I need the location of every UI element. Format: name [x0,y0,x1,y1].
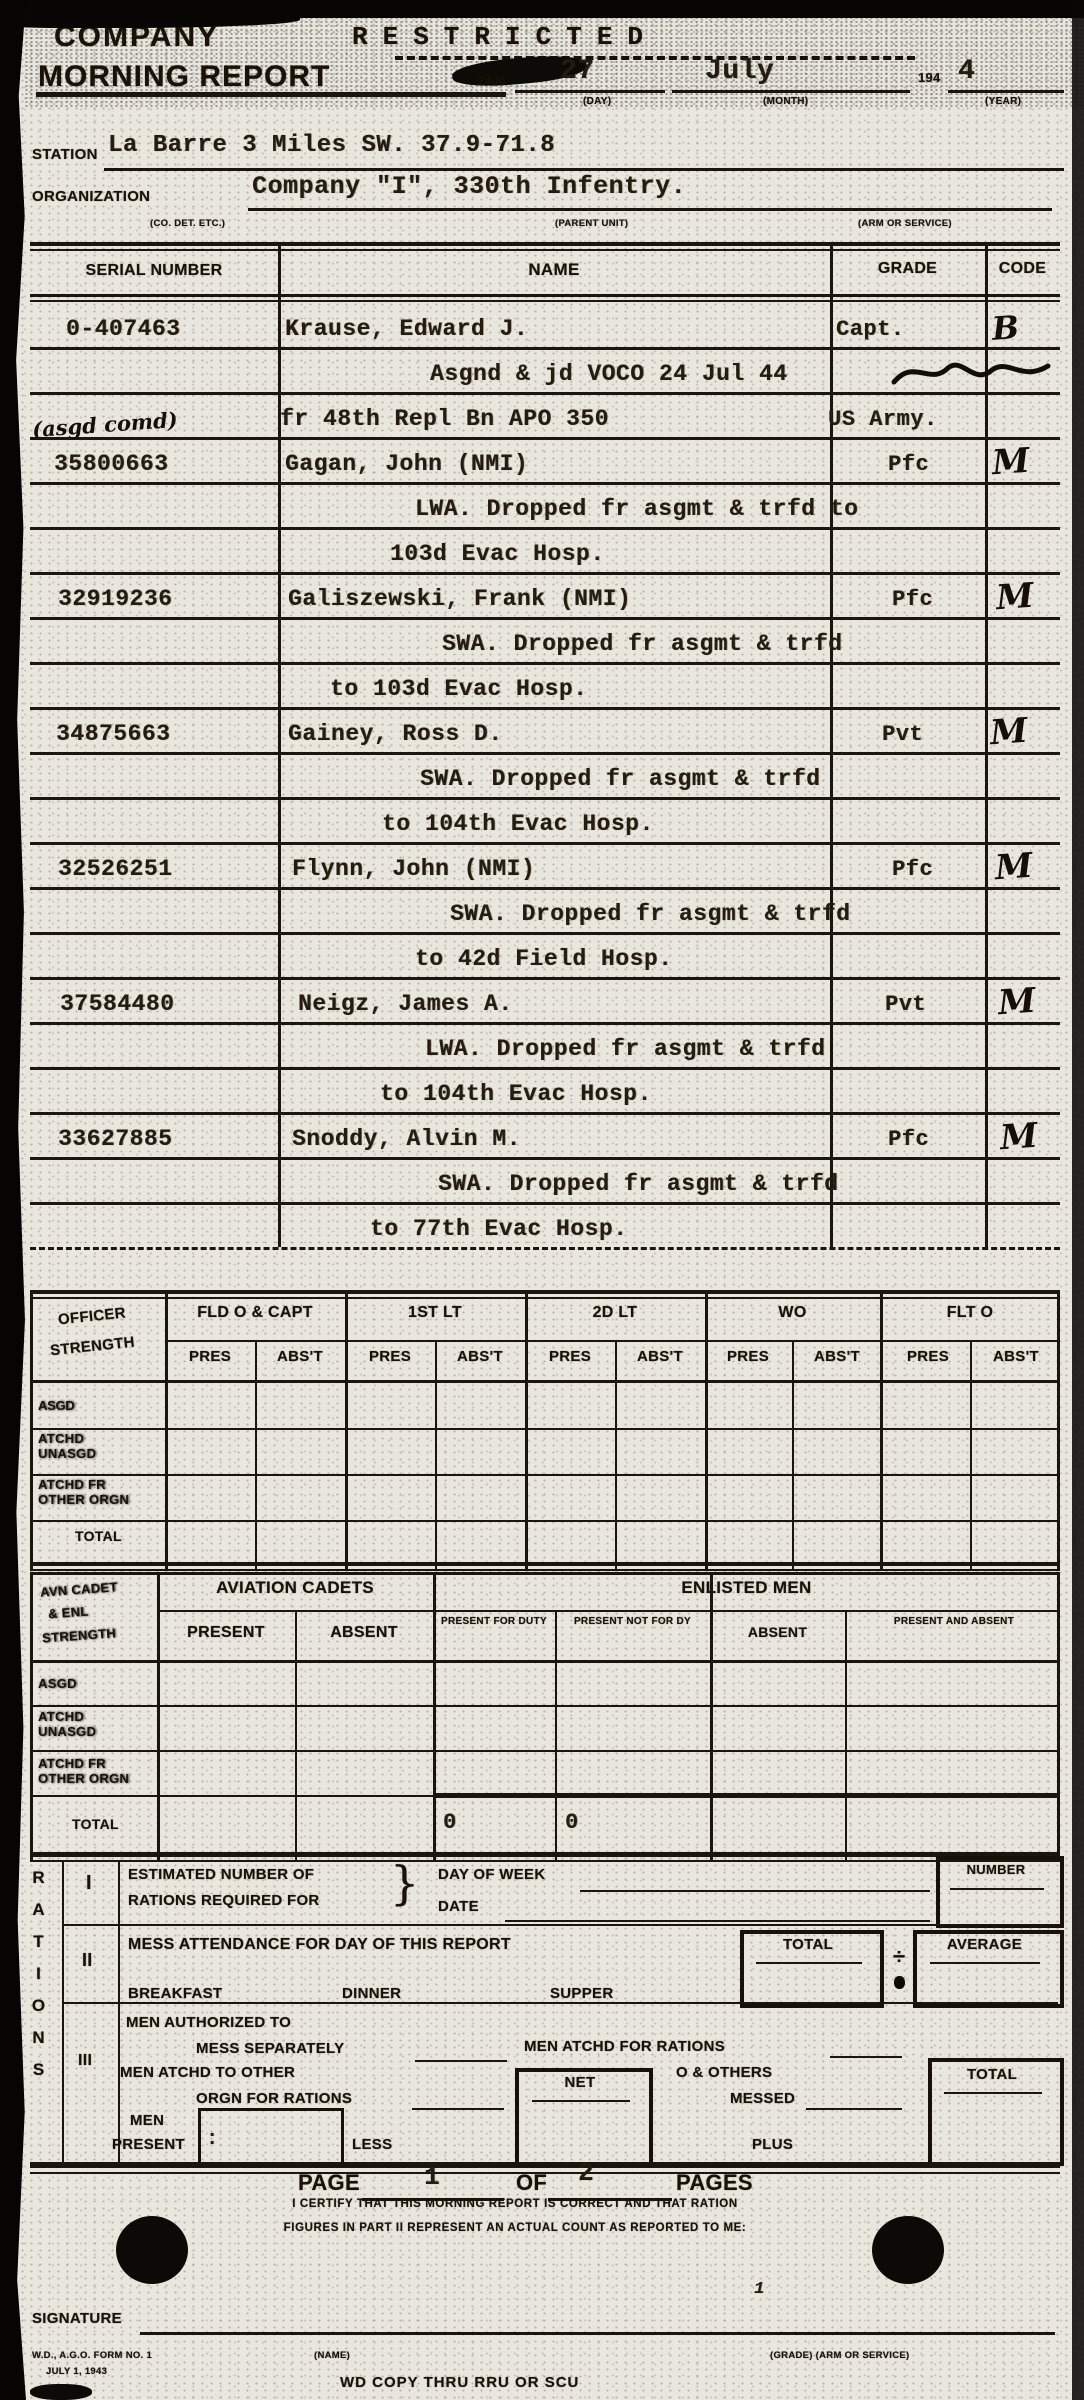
officer-group-rule [165,1340,1060,1342]
officer-top-rule2 [30,1297,1060,1299]
less-label: LESS [352,2136,392,2153]
cadet-row-atchd-unasgd: ATCHD UNASGD [38,1710,138,1739]
supper-label: SUPPER [550,1985,614,2002]
officer-group-flt-o: FLT O [880,1304,1060,1322]
cadet-col-present: PRESENT [157,1624,295,1642]
code-cell-handwritten: B [991,308,1021,348]
pres-head: PRES [350,1348,430,1365]
scan-blob-bottom-left [30,2384,92,2400]
roster-row: LWA. Dropped fr asgmt & trfd to [30,482,1060,530]
enl-col-absent: ABSENT [710,1624,845,1640]
officer-row-rule [30,1520,1060,1522]
day-line [515,90,665,93]
name-cell: Gainey, Ross D. [288,721,503,747]
name-cell: 103d Evac Hosp. [390,541,605,567]
code-cell-handwritten: M [989,711,1029,754]
name-cell: to 104th Evac Hosp. [380,1081,652,1107]
year-line [948,90,1064,93]
group-aviation-cadets: AVIATION CADETS [157,1578,433,1598]
cadet-vline [1057,1572,1060,1862]
cadet-title-line3: STRENGTH [42,1625,117,1645]
form-number: W.D., A.G.O. FORM NO. 1 [32,2350,152,2361]
serial-cell: 32919236 [58,586,172,612]
officer-title-line1: OFFICER [57,1304,126,1328]
officer-group-fldo-capt: FLD O & CAPT [165,1304,345,1322]
bottom-total-inner-line [944,2092,1042,2094]
breakfast-label: BREAKFAST [128,1985,222,2002]
brace: } [390,1856,420,1910]
name-cell: Gagan, John (NMI) [285,451,528,477]
men-label: MEN [130,2112,164,2129]
page-number: 1 [424,2162,440,2192]
roster-row: SWA. Dropped fr asgmt & trfd [30,752,1060,800]
grade-cell: Pfc [892,857,933,882]
day-of-week-line [580,1890,930,1892]
pages-number: 2 [578,2158,594,2188]
serial-cell: 33627885 [58,1126,172,1152]
net-label: NET [519,2074,641,2091]
men-atchd-other-line2: ORGN FOR RATIONS [196,2090,352,2107]
rations-vline [62,1862,64,2164]
code-cell-handwritten: M [995,576,1035,619]
month-value: July [705,56,774,87]
o-others-line1: O & OTHERS [676,2064,772,2081]
cadet-bottom-rule2 [30,1860,1060,1862]
estimated-rations-line1: ESTIMATED NUMBER OF [128,1866,314,1883]
roster-row: to 103d Evac Hosp. [30,662,1060,710]
station-label: STATION [32,146,98,163]
pres-head: PRES [708,1348,788,1365]
form-title-line2: MORNING REPORT [38,60,330,94]
day-value: 27 [560,56,595,87]
roster-row: 0-407463 Krause, Edward J. Capt. B [30,302,1060,350]
cadet-group-rule [157,1610,1060,1612]
roster-row: SWA. Dropped fr asgmt & trfd [30,1157,1060,1205]
organization-line [248,208,1052,211]
morning-report-scan: COMPANY MORNING REPORT RESTRICTED 2400 2… [0,0,1084,2400]
colon-mark: : [206,2128,219,2151]
station-line [104,168,1064,171]
day-of-week-label: DAY OF WEEK [438,1866,546,1883]
roster-row: SWA. Dropped fr asgmt & trfd [30,617,1060,665]
o-others-line2: MESSED [730,2090,795,2107]
total-present-for-duty: 0 [443,1810,457,1835]
cadet-col-absent: ABSENT [295,1624,433,1642]
officer-group-wo: WO [705,1304,880,1322]
name-cell: Asgnd & jd VOCO 24 Jul 44 [430,361,788,387]
officer-vline [1057,1290,1060,1571]
month-line [672,90,910,93]
roster-row: Asgnd & jd VOCO 24 Jul 44 [30,347,1060,395]
year-prefix: 194 [918,70,941,85]
officer-top-rule [30,1290,1060,1294]
men-authorized-line1: MEN AUTHORIZED TO [126,2014,291,2031]
stray-mark: 1 [754,2280,765,2299]
men-present-box [198,2108,344,2166]
roster-row: (asgd comd) fr 48th Repl Bn APO 350 US A… [30,392,1060,440]
signature-label: SIGNATURE [32,2310,122,2327]
officer-row-atchd-unasgd: ATCHD UNASGD [38,1432,138,1461]
cadet-title-line1: AVN CADET [40,1579,118,1599]
code-cell-handwritten: M [991,441,1031,484]
enl-col-present-not-for-dy: PRESENT NOT FOR DY [559,1616,706,1627]
signature-line [140,2332,1055,2335]
cadet-vline [555,1610,557,1862]
code-cell-handwritten: M [997,981,1037,1024]
officer-vline [30,1290,33,1571]
officer-subvline [255,1342,257,1571]
mess-separately-line [415,2060,507,2062]
serial-cell: 32526251 [58,856,172,882]
abst-head: ABS'T [797,1348,877,1365]
parent-unit-sublabel: (PARENT UNIT) [555,218,628,229]
name-cell: SWA. Dropped fr asgmt & trfd [420,766,820,792]
officer-title-line2: STRENGTH [49,1334,135,1360]
hole-punch-left [116,2216,188,2284]
cadet-vline [845,1610,847,1862]
col-serial-number: SERIAL NUMBER [30,262,278,280]
officer-subvline [615,1342,617,1571]
mess-total-label: TOTAL [744,1936,872,1953]
rations-vertical-label: RATIONS [28,1868,48,2168]
hole-punch-right [872,2216,944,2284]
officer-subvline [970,1342,972,1571]
dinner-label: DINNER [342,1985,401,2002]
roster-row: SWA. Dropped fr asgmt & trfd [30,887,1060,935]
of-label: OF [516,2170,547,2196]
rations-section2-num: II [82,1950,93,1971]
men-atchd-for-rations-label: MEN ATCHD FOR RATIONS [524,2038,725,2055]
cadet-vline [295,1610,297,1862]
group-enlisted-men: ENLISTED MEN [433,1578,1060,1598]
grade-cell: Pfc [888,452,929,477]
code-cell-handwritten: M [999,1116,1039,1159]
pres-head: PRES [888,1348,968,1365]
divide-symbol: ÷ [893,1944,905,1970]
roster-row: to 104th Evac Hosp. [30,1067,1060,1115]
name-cell: SWA. Dropped fr asgmt & trfd [438,1171,838,1197]
wd-copy-line: WD COPY THRU RRU OR SCU [340,2374,579,2391]
roster-row: LWA. Dropped fr asgmt & trfd [30,1022,1060,1070]
officer-subvline [792,1342,794,1571]
rations-bottom-rule [30,2162,1060,2168]
organization-value: Company "I", 330th Infentry. [252,172,686,201]
name-cell: fr 48th Repl Bn APO 350 [280,406,609,432]
roster-row: to 42d Field Hosp. [30,932,1060,980]
name-cell: Galiszewski, Frank (NMI) [288,586,631,612]
name-cell: LWA. Dropped fr asgmt & trfd to [415,496,858,522]
enl-col-present-for-duty: PRESENT FOR DUTY [437,1616,551,1627]
cadet-row-rule [30,1705,1060,1707]
name-cell: to 104th Evac Hosp. [382,811,654,837]
officer-row-total: TOTAL [75,1528,122,1544]
scan-edge-left [0,0,26,2400]
scan-edge-right [1072,0,1084,2400]
men-atchd-other-line1: MEN ATCHD TO OTHER [120,2064,295,2081]
estimated-rations-line2: RATIONS REQUIRED FOR [128,1892,320,1909]
cadet-top-rule [30,1572,1060,1575]
grade-cell: US Army. [828,407,938,432]
cadet-vline [30,1572,33,1862]
average-label: AVERAGE [917,1936,1052,1953]
officer-vline [525,1290,528,1571]
roster-row: to 104th Evac Hosp. [30,797,1060,845]
classification-underline [395,52,915,60]
pres-head: PRES [530,1348,610,1365]
col-code: CODE [985,260,1060,278]
title-underline [36,92,506,97]
grade-cell: Capt. [836,317,905,342]
orgn-for-rations-line [412,2108,504,2110]
rations-section1-num: I [86,1872,92,1895]
officer-row-rule [30,1428,1060,1430]
enl-col-present-and-absent: PRESENT AND ABSENT [869,1616,1039,1627]
roster-row: 37584480 Neigz, James A. Pvt M [30,977,1060,1025]
date-line [505,1920,930,1922]
number-label: NUMBER [940,1862,1052,1877]
cadet-row-rule [30,1750,1060,1752]
bottom-total-label: TOTAL [932,2066,1052,2083]
total-present-not-for-duty: 0 [565,1810,579,1835]
name-cell: SWA. Dropped fr asgmt & trfd [442,631,842,657]
roster-head-rule [30,294,1060,297]
name-cell: to 42d Field Hosp. [415,946,672,972]
pres-head: PRES [170,1348,250,1365]
name-sublabel: (NAME) [314,2350,350,2361]
serial-cell: 0-407463 [66,316,180,342]
mess-total-inner-line [756,1962,862,1964]
officer-row-rule [30,1474,1060,1476]
enl-total-rule [433,1793,1060,1798]
cadet-row-asgd: ASGD [38,1676,77,1691]
organization-label: ORGANIZATION [32,188,150,205]
cadet-vline [433,1572,436,1862]
rations-divider1 [62,1924,1058,1926]
officer-row-atchd-fr-other: ATCHD FR OTHER ORGN [38,1478,148,1507]
col-name: NAME [278,260,830,280]
officer-vline [345,1290,348,1571]
officer-subvline [435,1342,437,1571]
ink-dot [894,1976,905,1989]
mess-attendance-label: MESS ATTENDANCE FOR DAY OF THIS REPORT [128,1936,511,1954]
abst-head: ABS'T [260,1348,340,1365]
name-cell: SWA. Dropped fr asgmt & trfd [450,901,850,927]
officer-head-rule [30,1380,1060,1383]
grade-cell: Pvt [882,722,923,747]
net-inner-line [532,2100,630,2102]
form-date: JULY 1, 1943 [46,2366,107,2377]
code-cell-handwritten: M [994,846,1034,889]
scan-edge-top-corner [0,14,300,28]
name-cell: LWA. Dropped fr asgmt & trfd [425,1036,825,1062]
date-label: DATE [438,1898,479,1915]
page-label: PAGE [298,2170,360,2196]
cadet-row-rule [30,1795,433,1797]
name-cell: Neigz, James A. [298,991,513,1017]
certify-line1: I CERTIFY THAT THIS MORNING REPORT IS CO… [215,2198,815,2210]
classification-stamp: RESTRICTED [352,22,658,52]
serial-cell: 35800663 [54,451,168,477]
officer-group-2d-lt: 2D LT [525,1304,705,1322]
name-cell: Snoddy, Alvin M. [292,1126,521,1152]
officer-vline [880,1290,883,1571]
cadet-title-line2: & ENL [48,1604,89,1622]
men-atchd-for-rations-line [830,2056,902,2058]
abst-head: ABS'T [440,1348,520,1365]
station-value: La Barre 3 Miles SW. 37.9-71.8 [108,132,555,159]
cadet-row-atchd-fr-other: ATCHD FR OTHER ORGN [38,1757,148,1786]
month-label: (MONTH) [763,96,808,107]
grade-arm-sublabel: (GRADE) (ARM OR SERVICE) [770,2350,910,2361]
roster-row: to 77th Evac Hosp. [30,1202,1060,1250]
abst-head: ABS'T [620,1348,700,1365]
arm-service-sublabel: (ARM OR SERVICE) [858,218,952,229]
roster-row: 32526251 Flynn, John (NMI) Pfc M [30,842,1060,890]
grade-cell: Pfc [888,1127,929,1152]
day-label: (DAY) [583,96,611,107]
roster-top-rule [30,242,1060,246]
roster-top-rule2 [30,249,1060,251]
roster-row: 32919236 Galiszewski, Frank (NMI) Pfc M [30,572,1060,620]
officer-bottom-rule2 [30,1569,1060,1571]
grade-cell: Pfc [892,587,933,612]
officer-bottom-rule [30,1562,1060,1566]
certify-line2: FIGURES IN PART II REPRESENT AN ACTUAL C… [215,2222,815,2234]
rations-vline [118,1862,120,2164]
roster-row: 103d Evac Hosp. [30,527,1060,575]
present-label: PRESENT [112,2136,185,2153]
roster-row: 33627885 Snoddy, Alvin M. Pfc M [30,1112,1060,1160]
year-label: (YEAR) [985,96,1021,107]
officer-vline [705,1290,708,1571]
number-inner-line [950,1888,1044,1890]
roster-row: 34875663 Gainey, Ross D. Pvt M [30,707,1060,755]
rations-divider2 [62,2002,1058,2004]
station-sublabel: (CO. DET. ETC.) [150,218,225,229]
cadet-head-rule [30,1660,1060,1663]
grade-cell: Pvt [885,992,926,1017]
name-cell: Flynn, John (NMI) [292,856,535,882]
rations-section3-num: III [78,2052,92,2070]
officer-vline [165,1290,168,1571]
abst-head: ABS'T [976,1348,1056,1365]
officer-row-asgd: ASGD [38,1398,74,1413]
roster-row: 35800663 Gagan, John (NMI) Pfc M [30,437,1060,485]
cadet-vline [710,1572,713,1862]
name-cell: to 77th Evac Hosp. [370,1216,627,1242]
pages-label: PAGES [676,2170,753,2196]
men-authorized-line2: MESS SEPARATELY [196,2040,344,2057]
cadet-bottom-rule [30,1852,1060,1857]
time-label: 2400 [478,74,506,88]
plus-label: PLUS [752,2136,793,2153]
name-cell: to 103d Evac Hosp. [330,676,587,702]
serial-cell: 34875663 [56,721,170,747]
average-inner-line [930,1962,1040,1964]
col-grade: GRADE [830,260,985,278]
cadet-row-total: TOTAL [72,1816,119,1832]
messed-line [806,2108,902,2110]
name-cell: Krause, Edward J. [285,316,528,342]
handwritten-scribble [890,356,1055,390]
officer-group-1st-lt: 1ST LT [345,1304,525,1322]
serial-cell: 37584480 [60,991,174,1017]
year-value: 4 [958,56,975,87]
cadet-vline [157,1572,160,1862]
